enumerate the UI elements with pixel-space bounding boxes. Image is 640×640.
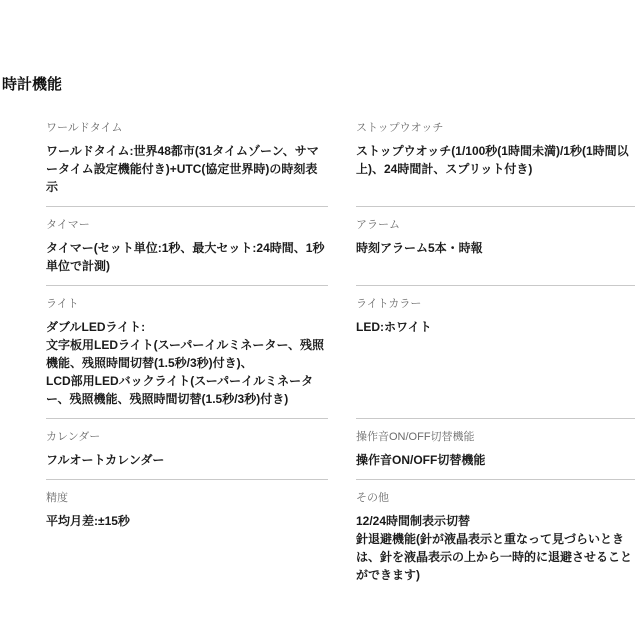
spec-value-other: 12/24時間制表示切替 針退避機能(針が液晶表示と重なって見づらいときは、針を… xyxy=(356,512,635,584)
spec-label-alarm: アラーム xyxy=(356,219,635,231)
spec-label-world-time: ワールドタイム xyxy=(46,122,328,134)
spec-label-accuracy: 精度 xyxy=(46,492,328,504)
page-title: 時計機能 xyxy=(2,76,62,93)
spec-value-light: ダブルLEDライト: 文字板用LEDライト(スーパーイルミネーター、残照機能、残… xyxy=(46,318,328,408)
spec-value-world-time: ワールドタイム:世界48都市(31タイムゾーン、サマータイム設定機能付き)+UT… xyxy=(46,142,328,196)
spec-table: ワールドタイム ワールドタイム:世界48都市(31タイムゾーン、サマータイム設定… xyxy=(46,110,635,594)
spec-label-light: ライト xyxy=(46,298,328,310)
spec-label-stopwatch: ストップウオッチ xyxy=(356,122,635,134)
spec-label-calendar: カレンダー xyxy=(46,431,328,443)
spec-label-other: その他 xyxy=(356,492,635,504)
spec-section-world-time: ワールドタイム ワールドタイム:世界48都市(31タイムゾーン、サマータイム設定… xyxy=(46,110,328,207)
spec-section-other: その他 12/24時間制表示切替 針退避機能(針が液晶表示と重なって見づらいとき… xyxy=(356,480,635,594)
spec-value-alarm: 時刻アラーム5本・時報 xyxy=(356,239,635,257)
spec-section-alarm: アラーム 時刻アラーム5本・時報 xyxy=(356,207,635,286)
spec-value-calendar: フルオートカレンダー xyxy=(46,451,328,469)
spec-section-button-tone: 操作音ON/OFF切替機能 操作音ON/OFF切替機能 xyxy=(356,419,635,480)
spec-section-light: ライト ダブルLEDライト: 文字板用LEDライト(スーパーイルミネーター、残照… xyxy=(46,286,328,419)
spec-section-calendar: カレンダー フルオートカレンダー xyxy=(46,419,328,480)
spec-value-button-tone: 操作音ON/OFF切替機能 xyxy=(356,451,635,469)
spec-section-accuracy: 精度 平均月差:±15秒 xyxy=(46,480,328,594)
spec-section-light-color: ライトカラー LED:ホワイト xyxy=(356,286,635,419)
spec-label-timer: タイマー xyxy=(46,219,328,231)
spec-section-timer: タイマー タイマー(セット単位:1秒、最大セット:24時間、1秒単位で計測) xyxy=(46,207,328,286)
spec-section-stopwatch: ストップウオッチ ストップウオッチ(1/100秒(1時間未満)/1秒(1時間以上… xyxy=(356,110,635,207)
spec-label-light-color: ライトカラー xyxy=(356,298,635,310)
spec-label-button-tone: 操作音ON/OFF切替機能 xyxy=(356,431,635,443)
spec-value-timer: タイマー(セット単位:1秒、最大セット:24時間、1秒単位で計測) xyxy=(46,239,328,275)
spec-value-accuracy: 平均月差:±15秒 xyxy=(46,512,328,530)
spec-value-light-color: LED:ホワイト xyxy=(356,318,635,336)
spec-value-stopwatch: ストップウオッチ(1/100秒(1時間未満)/1秒(1時間以上)、24時間計、ス… xyxy=(356,142,635,178)
